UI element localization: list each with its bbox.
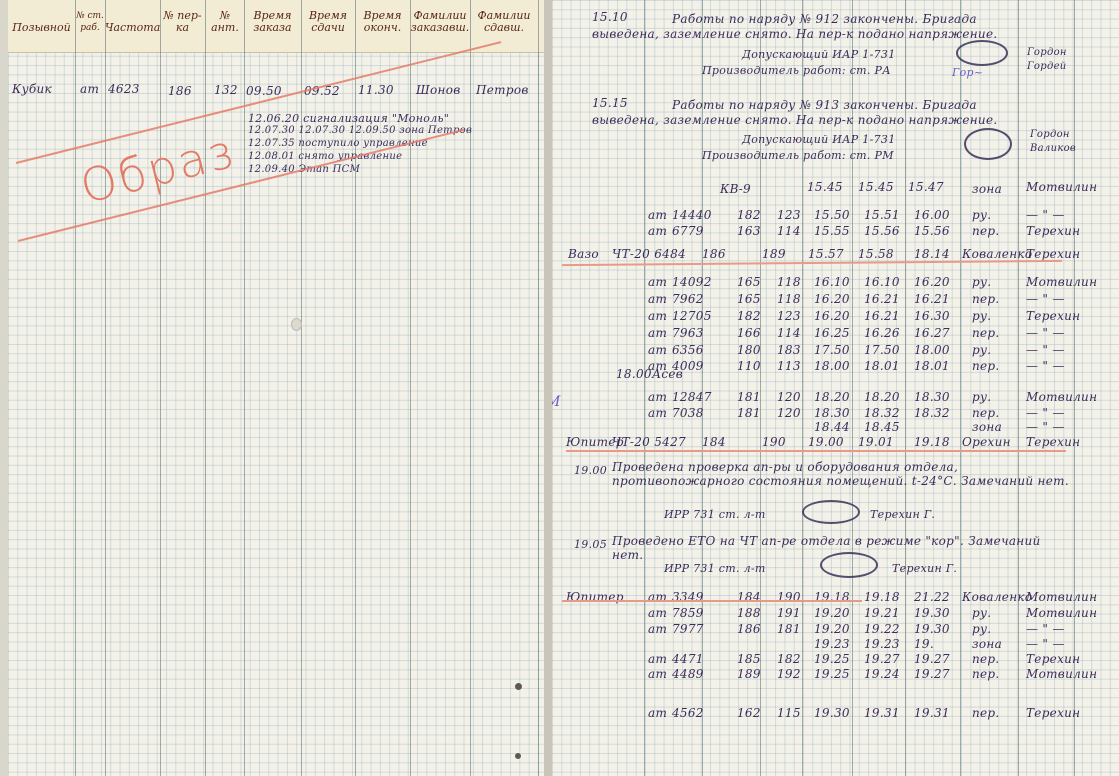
cell: 19.20: [814, 622, 850, 636]
header-frequency: Частота: [105, 22, 160, 34]
cell: 15.55: [814, 224, 850, 238]
cell: 18.30: [814, 406, 850, 420]
cell: Терехин: [1026, 435, 1080, 449]
cell: 189: [762, 247, 786, 261]
cell: 16.10: [864, 275, 900, 289]
cell: 4471: [672, 652, 704, 666]
entry-name: Гордон Гордей: [1027, 46, 1097, 74]
cell: 114: [777, 326, 801, 340]
cell: 114: [777, 224, 801, 238]
cell: Шонов: [416, 83, 461, 97]
cell: 16.10: [814, 275, 850, 289]
cell: 118: [777, 275, 801, 289]
cell: 182: [737, 208, 761, 222]
cell: 18.00: [814, 359, 850, 373]
cell: 19.25: [814, 667, 850, 681]
cell: 19.27: [864, 652, 900, 666]
cell: 182: [777, 652, 801, 666]
cell: ат: [648, 606, 667, 620]
cell: пер.: [972, 359, 1000, 373]
cell: 165: [737, 292, 761, 306]
cell: ат: [648, 390, 667, 404]
cell: 15.56: [864, 224, 900, 238]
cell: 16.20: [814, 292, 850, 306]
cell: 14440: [672, 208, 712, 222]
cell: — " —: [1026, 637, 1065, 651]
cell: — " —: [1026, 359, 1065, 373]
cell: 18.00: [914, 343, 950, 357]
cell: 192: [777, 667, 801, 681]
cell: 184: [702, 435, 726, 449]
signature-label: Производитель работ: ст. РА: [702, 64, 891, 77]
cell: Мотвилин: [1026, 606, 1097, 620]
entry-name: Гордон Валиков: [1030, 128, 1100, 156]
cell: Орехин: [962, 435, 1011, 449]
cell: 19.18: [914, 435, 950, 449]
note-name: Асев: [652, 367, 683, 381]
cell: Вазо: [568, 247, 599, 261]
cell: Коваленко: [962, 590, 1032, 604]
cell: ат: [648, 652, 667, 666]
cell: 182: [737, 309, 761, 323]
cell: пер.: [972, 224, 1000, 238]
cell: 123: [777, 309, 801, 323]
cell: ат: [648, 208, 667, 222]
cell: 180: [737, 343, 761, 357]
cell: 12847: [672, 390, 712, 404]
header-order-time: Время заказа: [244, 10, 301, 34]
cell: 181: [777, 622, 801, 636]
cell: 19.18: [864, 590, 900, 604]
cell: пер.: [972, 667, 1000, 681]
cell: 7038: [672, 406, 704, 420]
header-transmitter: № пер-ка: [160, 10, 205, 34]
cell: 18.32: [914, 406, 950, 420]
cell: 4623: [108, 82, 140, 96]
cell: 15.51: [864, 208, 900, 222]
left-page: Позывной № ст. раб. Частота № пер-ка № а…: [8, 0, 544, 776]
cell: 7977: [672, 622, 704, 636]
cell: 188: [737, 606, 761, 620]
header-antenna: № ант.: [205, 10, 245, 34]
signature-label: Допускающий ИАР 1-731: [742, 133, 896, 146]
cell: 18.01: [864, 359, 900, 373]
cell: 12705: [672, 309, 712, 323]
cell: ру.: [972, 622, 991, 636]
cell: 19.22: [864, 622, 900, 636]
cell: Кубик: [12, 82, 52, 96]
cell: 16.20: [914, 275, 950, 289]
check-sign: ИРР 731 ст. л-т: [664, 562, 766, 575]
cell: 113: [777, 359, 801, 373]
cell: 16.00: [914, 208, 950, 222]
signature-purple: Гор~: [952, 66, 983, 79]
cell: 4562: [672, 706, 704, 720]
cell: 7859: [672, 606, 704, 620]
cell: Мотвилин: [1026, 180, 1097, 194]
cell: ат: [648, 622, 667, 636]
cell: 7962: [672, 292, 704, 306]
cell: 17.50: [864, 343, 900, 357]
check-text: Проведена проверка ап-ры и оборудования …: [612, 460, 1072, 488]
entry-text: Работы по наряду № 912 закончены. Бригад…: [592, 12, 1032, 42]
cell: 16.27: [914, 326, 950, 340]
header-end-time: Время оконч.: [355, 10, 410, 34]
cell: 18.45: [864, 420, 900, 434]
margin-mark: М: [552, 394, 561, 410]
cell: 185: [737, 652, 761, 666]
cell: — " —: [1026, 406, 1065, 420]
check-time: 19.05: [574, 538, 607, 551]
signature-mark: [964, 128, 1012, 160]
cell: ат: [648, 406, 667, 420]
cell: Терехин: [1026, 652, 1080, 666]
cell: Коваленко: [962, 247, 1032, 261]
check-sign: ИРР 731 ст. л-т: [664, 508, 766, 521]
cell: 120: [777, 390, 801, 404]
cell: 191: [777, 606, 801, 620]
cell: пер.: [972, 652, 1000, 666]
cell: 189: [737, 667, 761, 681]
cell: Мотвилин: [1026, 390, 1097, 404]
cell: ат: [648, 275, 667, 289]
cell: КВ-9: [720, 182, 751, 196]
cell: 19.23: [814, 637, 850, 651]
cell: — " —: [1026, 343, 1065, 357]
cell: зона: [972, 182, 1002, 196]
header-callsign: Позывной: [8, 22, 75, 34]
cell: ру.: [972, 309, 991, 323]
note-line: 12.08.01 снято управление: [248, 151, 402, 162]
cell: 19.01: [858, 435, 894, 449]
header-handed-by: Фамилии сдавш.: [470, 10, 538, 34]
cell: ат: [648, 292, 667, 306]
cell: 7963: [672, 326, 704, 340]
cell: 16.21: [864, 292, 900, 306]
cell: 19.31: [864, 706, 900, 720]
cell: Мотвилин: [1026, 275, 1097, 289]
cell: ат: [648, 343, 667, 357]
cell: 18.20: [864, 390, 900, 404]
cell: 15.47: [908, 180, 944, 194]
cell: 166: [737, 326, 761, 340]
cell: зона: [972, 420, 1002, 434]
entry-text: Работы по наряду № 913 закончены. Бригад…: [592, 98, 1032, 128]
cell: 18.01: [914, 359, 950, 373]
cell: 19.23: [864, 637, 900, 651]
cell: пер.: [972, 326, 1000, 340]
signature-label: Производитель работ: ст. РМ: [702, 149, 894, 162]
check-name: Терехин Г.: [870, 508, 935, 521]
cell: ат: [648, 309, 667, 323]
cell: ат: [80, 82, 99, 96]
cell: пер.: [972, 406, 1000, 420]
cell: ру.: [972, 390, 991, 404]
cell: 19.25: [814, 652, 850, 666]
cell: — " —: [1026, 420, 1065, 434]
note-line: 12.06.20 сигнализация "Моноль": [248, 112, 449, 125]
cell: 14092: [672, 275, 712, 289]
cell: 132: [214, 83, 238, 97]
cell: 19.21: [864, 606, 900, 620]
cell: Петров: [476, 83, 529, 97]
cell: 19.24: [864, 667, 900, 681]
cell: Терехин: [1026, 309, 1080, 323]
cell: 163: [737, 224, 761, 238]
cell: 11.30: [358, 83, 394, 97]
signature-mark: [956, 40, 1008, 66]
cell: 115: [777, 706, 801, 720]
cell: 16.20: [814, 309, 850, 323]
signature-label: Допускающий ИАР 1-731: [742, 48, 896, 61]
cell: ат: [648, 667, 667, 681]
cell: 15.57: [808, 247, 844, 261]
cell: 181: [737, 390, 761, 404]
cell: — " —: [1026, 208, 1065, 222]
cell: 18.32: [864, 406, 900, 420]
cell: 16.21: [864, 309, 900, 323]
header-handover-time: Время сдачи: [301, 10, 355, 34]
cell: 6779: [672, 224, 704, 238]
header-ordered-by: Фамилии заказавш.: [410, 10, 470, 34]
cell: Мотвилин: [1026, 590, 1097, 604]
cell: 4489: [672, 667, 704, 681]
cell: — " —: [1026, 292, 1065, 306]
cell: 15.45: [858, 180, 894, 194]
cell: 19.30: [814, 706, 850, 720]
cell: 183: [777, 343, 801, 357]
cell: 18.30: [914, 390, 950, 404]
check-name: Терехин Г.: [892, 562, 957, 575]
cell: ат: [648, 706, 667, 720]
cell: 6356: [672, 343, 704, 357]
cell: — " —: [1026, 622, 1065, 636]
cell: Терехин: [1026, 706, 1080, 720]
cell: 123: [777, 208, 801, 222]
cell: ру.: [972, 606, 991, 620]
cell: 19.27: [914, 667, 950, 681]
cell: ру.: [972, 343, 991, 357]
cell: ат: [648, 224, 667, 238]
cell: 162: [737, 706, 761, 720]
cell: Мотвилин: [1026, 667, 1097, 681]
check-time: 19.00: [574, 464, 607, 477]
cell: — " —: [1026, 326, 1065, 340]
cell: ЧТ-20 6484: [612, 247, 686, 261]
cell: пер.: [972, 706, 1000, 720]
signature-mark: [820, 552, 878, 578]
note-time: 18.00: [616, 367, 652, 381]
cell: ру.: [972, 275, 991, 289]
cell: Терехин: [1026, 224, 1080, 238]
cell: 15.58: [858, 247, 894, 261]
right-page: 15.10 Работы по наряду № 912 закончены. …: [552, 0, 1119, 776]
cell: 15.56: [914, 224, 950, 238]
cell: 186: [737, 622, 761, 636]
page-gutter: [544, 0, 552, 776]
signature-mark: [802, 500, 860, 524]
cell: пер.: [972, 292, 1000, 306]
cell: 21.22: [914, 590, 950, 604]
cell: 19.00: [808, 435, 844, 449]
cell: 19.: [914, 637, 934, 651]
cell: 186: [702, 247, 726, 261]
cell: 15.45: [807, 180, 843, 194]
cell: 118: [777, 292, 801, 306]
cell: 19.31: [914, 706, 950, 720]
sample-stamp: Образ: [75, 124, 240, 214]
cell: ЧТ-20 5427: [612, 435, 686, 449]
cell: 190: [762, 435, 786, 449]
cell: зона: [972, 637, 1002, 651]
cell: 18.44: [814, 420, 850, 434]
cell: 16.30: [914, 309, 950, 323]
cell: 18.14: [914, 247, 950, 261]
cell: 16.21: [914, 292, 950, 306]
cell: ат: [648, 326, 667, 340]
cell: 181: [737, 406, 761, 420]
cell: 110: [737, 359, 761, 373]
cell: 120: [777, 406, 801, 420]
cell: 17.50: [814, 343, 850, 357]
cell: 16.26: [864, 326, 900, 340]
cell: 15.50: [814, 208, 850, 222]
cell: 19.20: [814, 606, 850, 620]
cell: 19.30: [914, 606, 950, 620]
cell: 186: [168, 84, 192, 98]
cell: ру.: [972, 208, 991, 222]
cell: 165: [737, 275, 761, 289]
header-station: № ст. раб.: [75, 10, 105, 34]
cell: 16.25: [814, 326, 850, 340]
cell: 19.27: [914, 652, 950, 666]
cell: 18.20: [814, 390, 850, 404]
cell: 19.30: [914, 622, 950, 636]
